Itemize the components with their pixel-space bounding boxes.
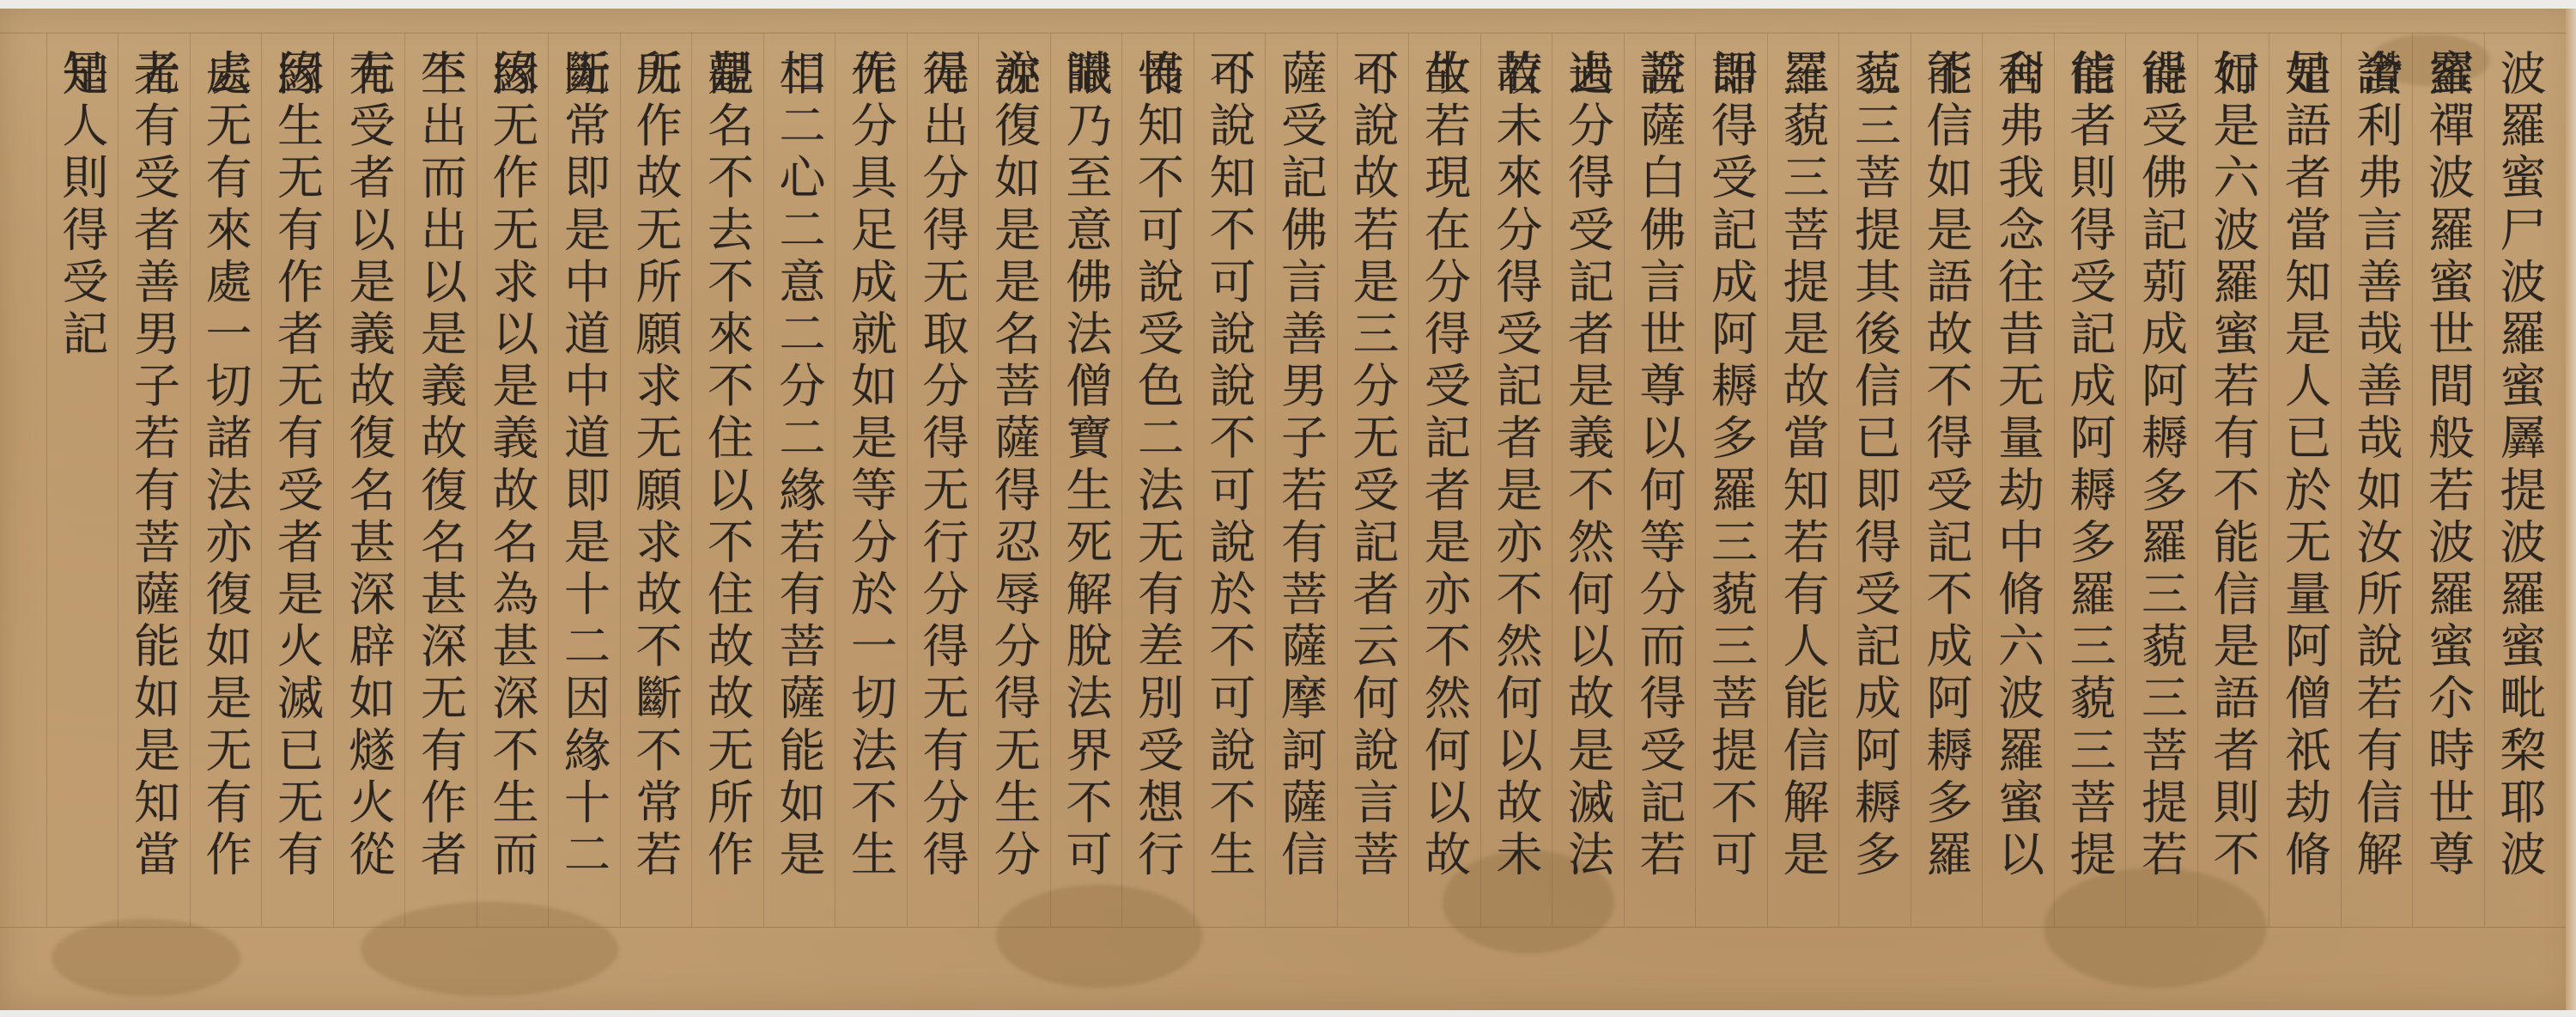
- text-column-13: 菩薩白佛言世尊以何等分而得受記若過: [1624, 33, 1696, 927]
- text-column-12: 即得受記成阿耨多羅三藐三菩提不可說: [1695, 33, 1767, 927]
- scroll-right-edge: [2566, 9, 2576, 1010]
- text-column-34: 无有受者善男子若有菩薩能如是知當知: [118, 33, 190, 927]
- text-column-32: 緣生无有作者无有受者是火滅已无有去: [261, 33, 333, 927]
- text-column-21: 眼乃至意佛法僧寶生死解脫法界不可說: [1050, 33, 1122, 927]
- text-column-3: 舍利弗言善哉善哉如汝所說若有信解如: [2341, 33, 2413, 927]
- text-column-10: 藐三菩提其後信已即得受記成阿耨多羅: [1838, 33, 1911, 927]
- text-column-23: 无出分得无取分得无行分得无有分得无: [907, 33, 979, 927]
- text-column-20: 畏知不可說受色二法无有差別受想行識: [1121, 33, 1194, 927]
- text-column-33: 處无有來處一切諸法亦復如是无有作者: [190, 33, 262, 927]
- water-stain: [52, 919, 240, 996]
- manuscript-scroll: 波羅蜜尸波羅蜜羼提波羅蜜毗棃耶波羅 蜜禪波羅蜜世間般若波羅蜜尒時世尊讚 舍利弗言…: [0, 9, 2576, 1010]
- text-column-26: 是名不去不來不住以不住故故无所作无: [691, 33, 763, 927]
- text-column-29: 緣无作无求以是義故名為甚深不生而生: [477, 33, 549, 927]
- text-column-17: 可說故若是三分无受記者云何說言菩: [1337, 33, 1409, 927]
- text-column-14: 去分得受記者是義不然何以故是滅法故: [1552, 33, 1624, 927]
- text-column-30: 不出而出以是義故復名甚深无有作者无: [404, 33, 477, 927]
- text-column-22: 亦復如是是名菩薩得忍辱分得无生分得: [978, 33, 1050, 927]
- text-column-8: 利弗我念往昔无量劫中脩六波羅蜜以不: [1982, 33, 2054, 927]
- text-block: 波羅蜜尸波羅蜜羼提波羅蜜毗棃耶波羅 蜜禪波羅蜜世間般若波羅蜜尒時世尊讚 舍利弗言…: [0, 33, 2566, 928]
- text-column-5: 如是六波羅蜜若有不能信是語者則不能: [2197, 33, 2269, 927]
- text-column-11: 三藐三菩提是故當知若有人能信解是語: [1767, 33, 1839, 927]
- text-column-6: 得受佛記莂成阿耨多羅三藐三菩提若能: [2125, 33, 2197, 927]
- text-column-25: 相二心二意二分二緣若有菩薩能如是觀: [763, 33, 835, 927]
- text-column-7: 信者則得受記成阿耨多羅三藐三菩提舍: [2054, 33, 2126, 927]
- text-column-28: 斷常即是中道中道即是十二因緣十二因: [548, 33, 620, 927]
- bottom-margin: [0, 1010, 2576, 1017]
- text-column-16: 故若現在分得受記者是亦不然何以故不: [1408, 33, 1480, 927]
- top-margin: [0, 0, 2576, 9]
- text-column-2: 蜜禪波羅蜜世間般若波羅蜜尒時世尊讚: [2412, 33, 2484, 927]
- text-column-19: 可說知不可說說不可說於不可說不生怖: [1194, 33, 1266, 927]
- text-column-4: 是語者當知是人已於无量阿僧祇劫脩行: [2269, 33, 2341, 927]
- text-columns: 波羅蜜尸波羅蜜羼提波羅蜜毗棃耶波羅 蜜禪波羅蜜世間般若波羅蜜尒時世尊讚 舍利弗言…: [46, 33, 2556, 927]
- text-column-18: 薩受記佛言善男子若有菩薩摩訶薩信不: [1265, 33, 1337, 927]
- text-column-1: 波羅蜜尸波羅蜜羼提波羅蜜毗棃耶波羅: [2484, 33, 2556, 927]
- text-column-27: 所作故无所願求无願求故不斷不常若无: [620, 33, 692, 927]
- text-column-9: 能信如是語故不得受記不成阿耨多羅三: [1911, 33, 1983, 927]
- text-column-24: 作分具足成就如是等分於一切法不生二: [835, 33, 907, 927]
- text-column-31: 有受者以是義故復名甚深辟如燧火從因: [333, 33, 405, 927]
- text-column-15: 若未來分得受記者是亦不然何以故未生: [1480, 33, 1552, 927]
- text-column-35: 是人則得受記: [46, 33, 118, 927]
